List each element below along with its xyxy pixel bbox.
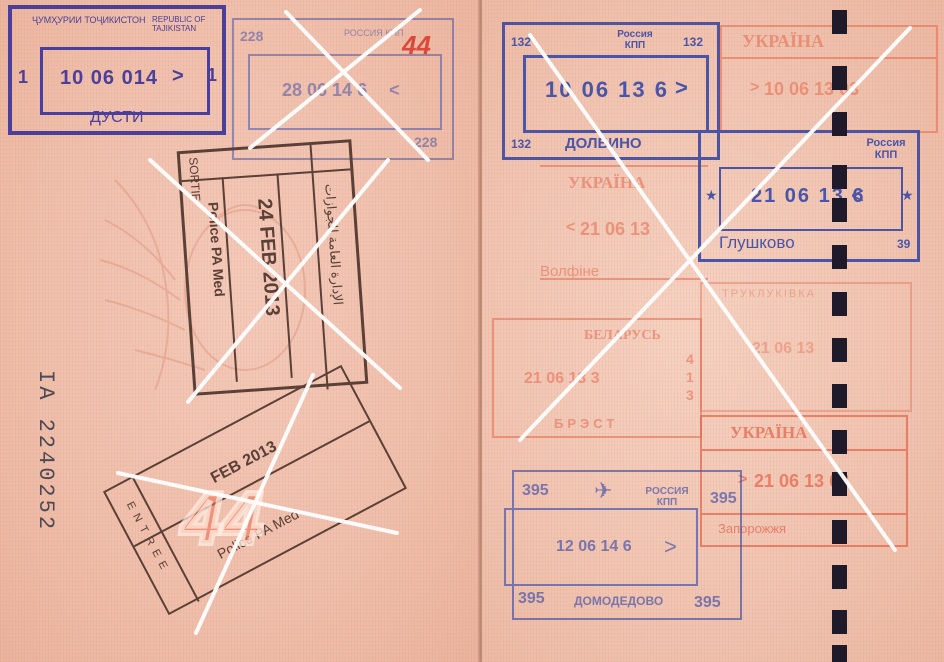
stamp-code: 132 [511, 35, 531, 49]
stamp-arabic-text: الإدارة العامة للجوازات [321, 183, 345, 305]
right-passport-page: УКРАЇНА > 10 06 13 03 УКРАЇНА < 21 06 13… [482, 0, 944, 662]
stamp-direction: > [664, 534, 677, 560]
stamp-direction: > [675, 75, 688, 101]
stamp-country: БЕЛАРУСЬ [584, 328, 661, 344]
stamp-code-bottom-right: 395 [694, 594, 721, 612]
stamp-checkpoint: Глушково [719, 233, 795, 253]
airplane-icon: ✈ [594, 478, 612, 504]
stamp-direction: < [389, 80, 400, 101]
stamp-checkpoint: ДОЛБИНО [565, 135, 642, 152]
stamp-side-number: 1 [18, 67, 28, 88]
stamp-country: РОССИЯ КПП [642, 486, 692, 508]
stamp-code: 395 [522, 482, 549, 500]
page-number-mark: 44 [402, 30, 431, 61]
stamp-date: 21 06 13 6 [751, 185, 866, 208]
stamp-tajikistan: ҶУМҲУРИИ ТОҶИКИСТОН REPUBLIC OF TAJIKIST… [8, 5, 226, 135]
stamp-checkpoint: ДОМОДЕДОВО [574, 594, 663, 608]
stamp-direction: > [172, 65, 184, 88]
stamp-checkpoint: Волфіне [540, 263, 599, 280]
stamp-country: УКРАЇНА [742, 31, 824, 52]
stamp-russia-domodedovo: 395 ✈ РОССИЯ КПП 395 12 06 14 6 > 395 ДО… [512, 470, 742, 620]
stamp-side-number: 413 [686, 350, 698, 404]
stamp-date: 21 06 13 [752, 340, 814, 358]
stamp-side-number-right: 1 [207, 65, 217, 86]
stamp-date: 21 06 13 [580, 219, 650, 240]
stamp-ukraine-1: УКРАЇНА > 10 06 13 03 [720, 25, 938, 133]
stamp-date: 12 06 14 6 [556, 538, 632, 556]
left-passport-page: IA 2240252 ҶУМҲУРИИ ТОҶИКИСТОН REPUBLIC … [0, 0, 480, 662]
stamp-direction: < [851, 183, 864, 209]
stamp-code-bottom: 228 [414, 134, 437, 150]
stamp-checkpoint: ТРУКЛУКІВКА [722, 288, 816, 300]
stamp-country: УКРАЇНА [568, 173, 645, 193]
stamp-header-right: REPUBLIC OF TAJIKISTAN [152, 15, 212, 33]
stamp-russia-glushkovo: Россия КПП ★ ★ 21 06 13 6 < Глушково 39 [698, 130, 920, 262]
stamp-belarus-brest: БЕЛАРУСЬ 21 06 13 3 413 БРЭСТ [492, 318, 702, 438]
stamp-egypt-sortie: SORTIE Police PA Med 24 FEB 2013 الإدارة… [177, 139, 369, 396]
stamp-side-text: SORTIE [186, 157, 203, 202]
stamp-date: 10 06 014 [60, 67, 158, 90]
stamp-country: УКРАЇНА [730, 423, 807, 443]
stamp-header-left: ҶУМҲУРИИ ТОҶИКИСТОН [32, 15, 145, 25]
stamp-ukraine-2: УКРАЇНА < 21 06 13 Волфіне [540, 165, 708, 280]
stamp-code-right: 395 [710, 490, 737, 508]
stamp-code-bottom: 395 [518, 590, 545, 608]
page-number-watermark: 44 [182, 478, 262, 560]
stamp-checkpoint: ДУСТИ [90, 109, 143, 127]
stamp-date: 21 06 13 3 [524, 370, 600, 388]
stamp-ukraine-tulumky: ТРУКЛУКІВКА 21 06 13 [700, 282, 912, 412]
stamp-code-bottom: 132 [511, 137, 531, 151]
stamp-direction: < [566, 219, 575, 237]
stamp-date: 28 06 14 6 [282, 80, 367, 101]
stamp-country: Россия КПП [615, 29, 655, 51]
stamp-checkpoint: БРЭСТ [554, 416, 618, 431]
stamp-code: 39 [897, 237, 910, 251]
stamp-code: 228 [240, 28, 263, 44]
stamp-direction: > [750, 79, 759, 97]
stamp-country: Россия КПП [861, 137, 911, 161]
stamp-country: РОССИЯ КПП [344, 28, 403, 38]
stamp-date: 10 06 13 6 [545, 77, 669, 103]
passport-serial-number: IA 2240252 [33, 370, 58, 532]
stamp-code-right: 132 [683, 35, 703, 49]
stamp-russia-dolbino: 132 Россия КПП 132 10 06 13 6 > 132 ДОЛБ… [502, 22, 720, 160]
